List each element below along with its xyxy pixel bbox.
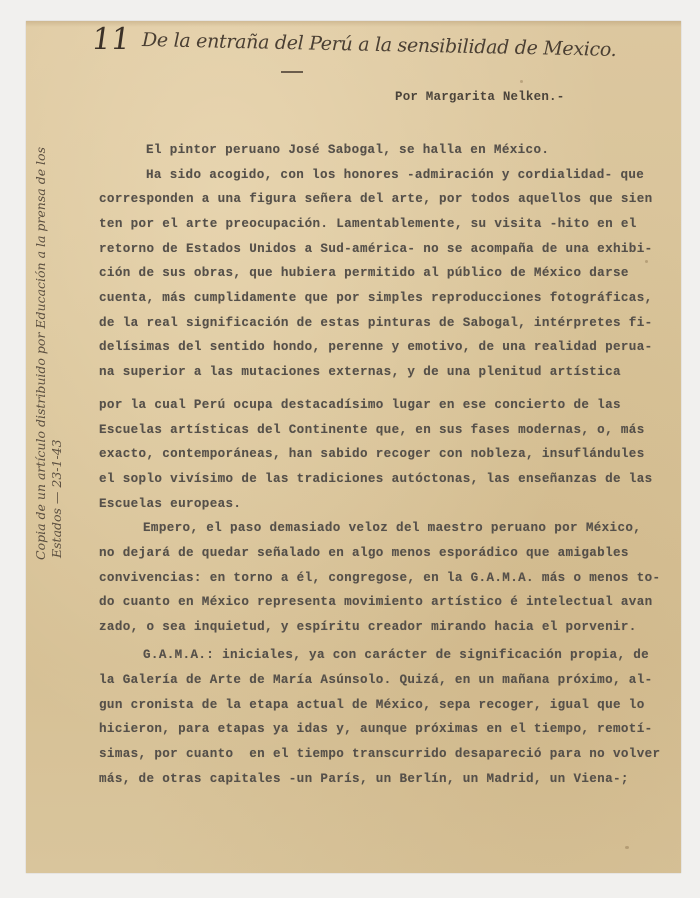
typed-line: exacto, contemporáneas, han sabido recog… bbox=[99, 447, 645, 461]
typed-line: Ha sido acogido, con los honores -admira… bbox=[146, 168, 644, 182]
paper-stain bbox=[300, 400, 302, 402]
typed-line: de la real significación de estas pintur… bbox=[99, 316, 653, 330]
margin-note: Copia de un artículo distribuido por Edu… bbox=[33, 147, 65, 560]
typed-line: Empero, el paso demasiado veloz del maes… bbox=[143, 521, 641, 535]
typed-line: do cuanto en México representa movimient… bbox=[99, 595, 653, 609]
typed-line: más, de otras capitales -un París, un Be… bbox=[99, 772, 629, 786]
paper-stain bbox=[520, 80, 523, 83]
typed-line: zado, o sea inquietud, y espíritu creado… bbox=[99, 620, 637, 634]
typed-line: por la cual Perú ocupa destacadísimo lug… bbox=[99, 398, 621, 412]
typed-line: ción de sus obras, que hubiera permitido… bbox=[99, 266, 629, 280]
typed-line: el soplo vivísimo de las tradiciones aut… bbox=[99, 472, 653, 486]
typed-line: El pintor peruano José Sabogal, se halla… bbox=[146, 143, 549, 157]
typed-line: Escuelas europeas. bbox=[99, 497, 241, 511]
handwritten-number: 11 bbox=[90, 22, 133, 57]
margin-note-line-2: Estados — 23-1-43 bbox=[49, 147, 65, 560]
title-underline-dash bbox=[281, 71, 303, 73]
paper-stain bbox=[645, 260, 648, 263]
typed-line: la Galería de Arte de María Asúnsolo. Qu… bbox=[99, 673, 653, 687]
typed-line: retorno de Estados Unidos a Sud-américa-… bbox=[99, 242, 653, 256]
typed-line: cuenta, más cumplidamente que por simple… bbox=[99, 291, 653, 305]
typed-line: corresponden a una figura señera del art… bbox=[99, 192, 653, 206]
typed-line: ten por el arte preocupación. Lamentable… bbox=[99, 217, 637, 231]
paper-stain bbox=[625, 846, 629, 849]
margin-note-line-1: Copia de un artículo distribuido por Edu… bbox=[33, 147, 49, 560]
typed-line: gun cronista de la etapa actual de Méxic… bbox=[99, 698, 645, 712]
typed-line: no dejará de quedar señalado en algo men… bbox=[99, 546, 629, 560]
byline: Por Margarita Nelken.- bbox=[395, 90, 564, 104]
typed-line: convivencias: en torno a él, congregose,… bbox=[99, 571, 660, 585]
typed-line: simas, por cuanto en el tiempo transcurr… bbox=[99, 747, 660, 761]
typed-line: Escuelas artísticas del Continente que, … bbox=[99, 423, 645, 437]
typed-line: hicieron, para etapas ya idas y, aunque … bbox=[99, 722, 653, 736]
typed-line: delísimas del sentido hondo, perenne y e… bbox=[99, 340, 653, 354]
typed-line: G.A.M.A.: iniciales, ya con carácter de … bbox=[143, 648, 649, 662]
typed-line: na superior a las mutaciones externas, y… bbox=[99, 365, 621, 379]
